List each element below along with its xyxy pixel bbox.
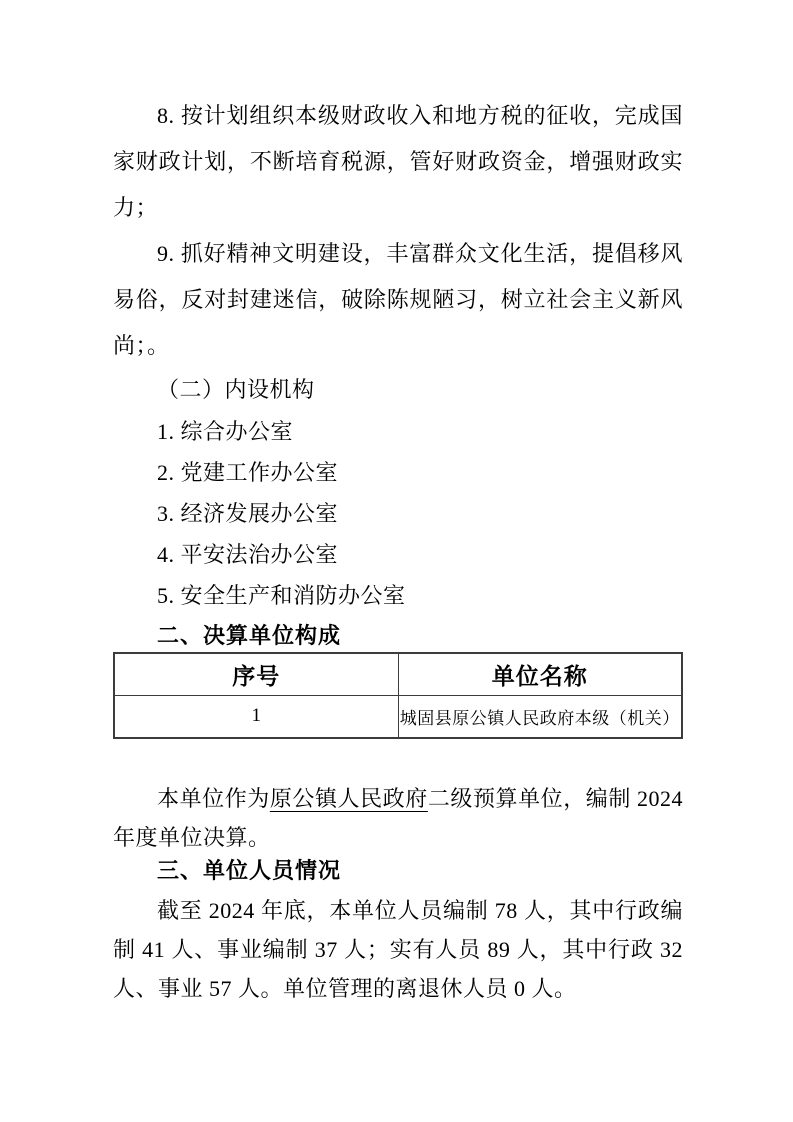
org-item-5: 5. 安全生产和消防办公室	[113, 575, 683, 616]
duty-item-9: 9. 抓好精神文明建设，丰富群众文化生活，提倡移风易俗，反对封建迷信，破除陈规陋…	[113, 231, 683, 369]
cell-unit-name: 城固县原公镇人民政府本级（机关）	[398, 695, 682, 738]
header-cell-index: 序号	[114, 653, 398, 695]
note-underlined-unit-name: 原公镇人民政府	[270, 786, 428, 811]
org-item-3: 3. 经济发展办公室	[113, 493, 683, 534]
duty-item-8: 8. 按计划组织本级财政收入和地方税的征收，完成国家财政计划，不断培育税源，管好…	[113, 93, 683, 231]
header-cell-unit-name: 单位名称	[398, 653, 682, 695]
org-item-2: 2. 党建工作办公室	[113, 452, 683, 493]
org-item-1: 1. 综合办公室	[113, 411, 683, 452]
cell-index: 1	[114, 695, 398, 738]
section-3-heading: 三、单位人员情况	[113, 851, 683, 891]
units-table-row: 1 城固县原公镇人民政府本级（机关）	[114, 695, 682, 738]
org-item-4: 4. 平安法治办公室	[113, 534, 683, 575]
staff-paragraph: 截至 2024 年底，本单位人员编制 78 人，其中行政编制 41 人、事业编制…	[113, 891, 683, 1008]
note-prefix: 本单位作为	[157, 786, 270, 811]
budget-note-paragraph: 本单位作为原公镇人民政府二级预算单位，编制 2024 年度单位决算。	[113, 779, 683, 857]
document-page: 8. 按计划组织本级财政收入和地方税的征收，完成国家财政计划，不断培育税源，管好…	[0, 0, 793, 1122]
section-2-heading: 二、决算单位构成	[113, 616, 683, 656]
units-table: 序号 单位名称 1 城固县原公镇人民政府本级（机关）	[113, 652, 683, 739]
units-table-header-row: 序号 单位名称	[114, 653, 682, 695]
internal-orgs-heading: （二）内设机构	[113, 369, 683, 411]
